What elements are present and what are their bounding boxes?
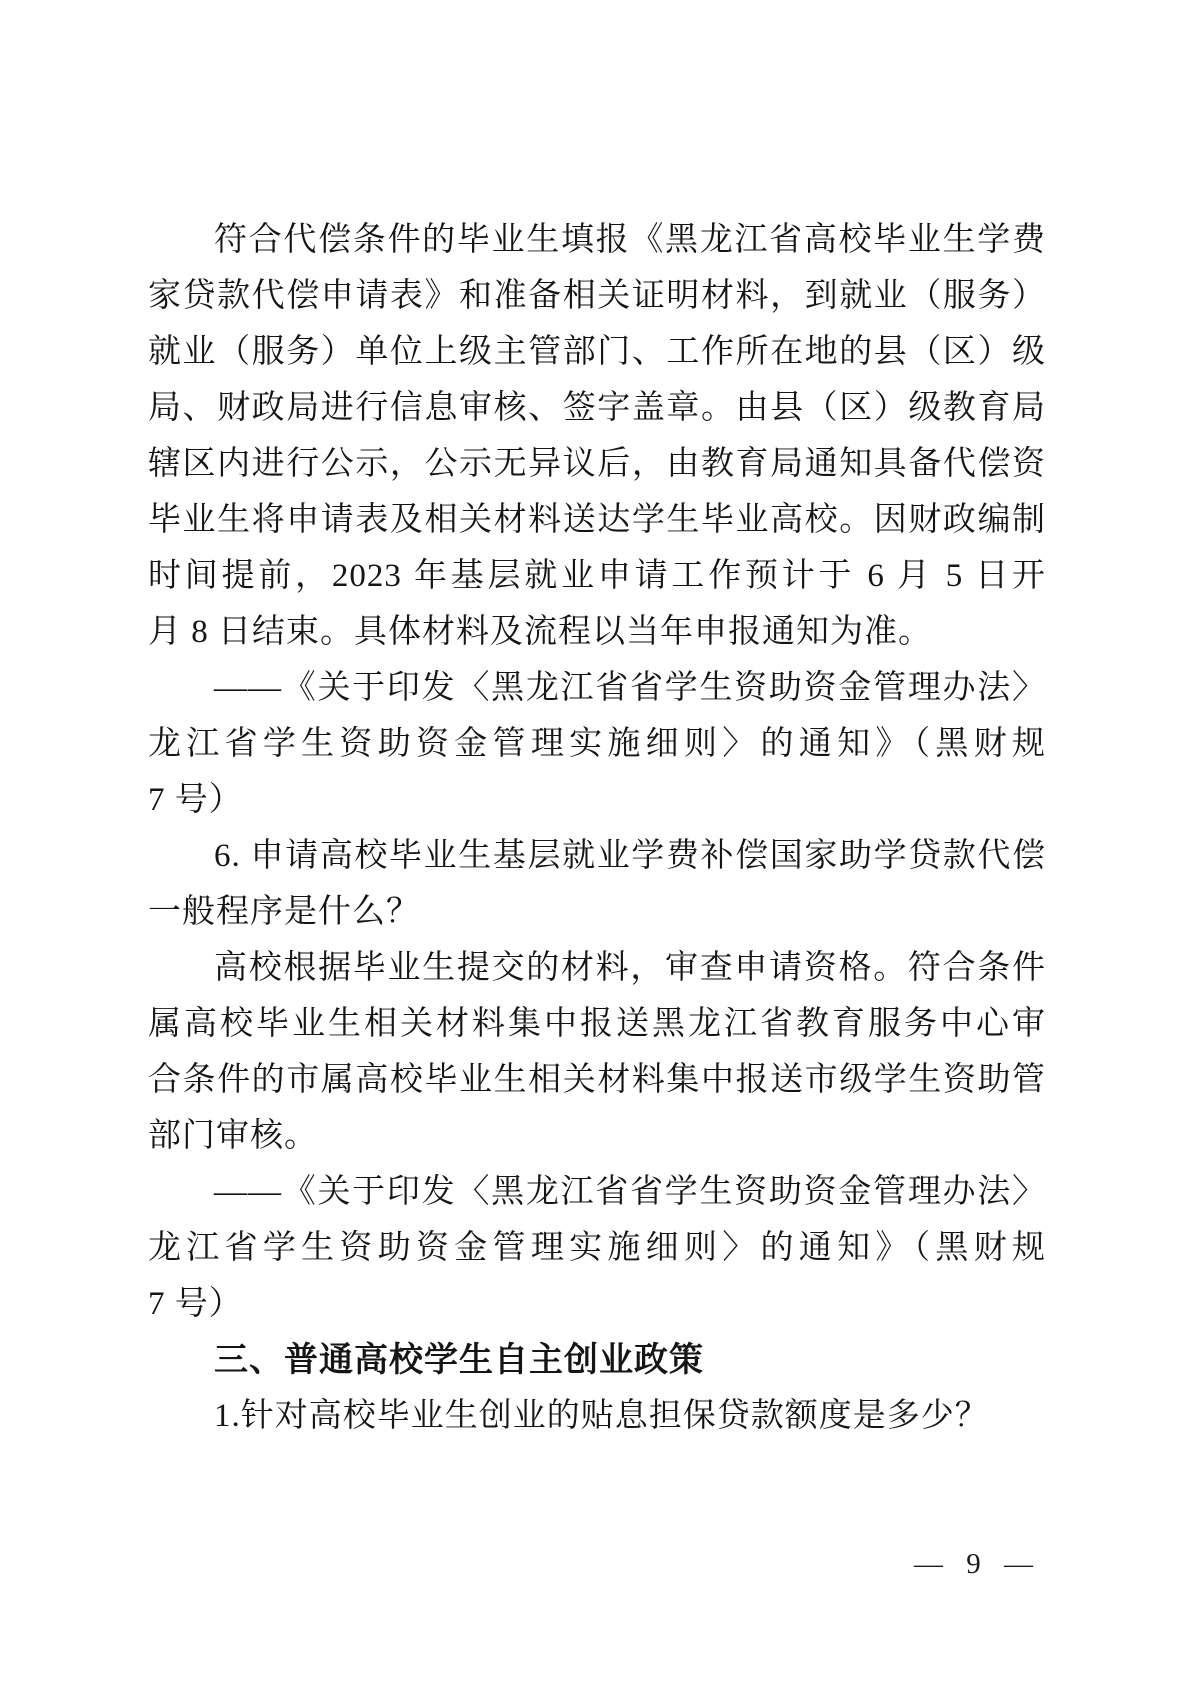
document-page: 符合代偿条件的毕业生填报《黑龙江省高校毕业生学费和国 家贷款代偿申请表》和准备相…	[0, 0, 1190, 1683]
text-line: 属高校毕业生相关材料集中报送黑龙江省教育服务中心审核；符	[148, 996, 1046, 1052]
text-line: 高校根据毕业生提交的材料，审查申请资格。符合条件的省	[148, 940, 1046, 996]
document-body: 符合代偿条件的毕业生填报《黑龙江省高校毕业生学费和国 家贷款代偿申请表》和准备相…	[148, 212, 1046, 1444]
paragraph-citation: ——《关于印发〈黑龙江省省学生资助资金管理办法〉和〈黑 龙江省学生资助资金管理实…	[148, 660, 1046, 828]
text-line: 1.针对高校毕业生创业的贴息担保贷款额度是多少？	[148, 1388, 1046, 1444]
text-line: 龙江省学生资助资金管理实施细则〉的通知》（黑财规〔2023〕	[148, 1220, 1046, 1276]
text-line: 龙江省学生资助资金管理实施细则〉的通知》（黑财规〔2023〕	[148, 716, 1046, 772]
text-line: 一般程序是什么？	[148, 884, 1046, 940]
text-line: 7 号）	[148, 1276, 1046, 1332]
text-line: 7 号）	[148, 772, 1046, 828]
page-number: — 9 —	[902, 1548, 1047, 1581]
text-line: 家贷款代偿申请表》和准备相关证明材料，到就业（服务）单位、	[148, 268, 1046, 324]
paragraph-question: 1.针对高校毕业生创业的贴息担保贷款额度是多少？	[148, 1388, 1046, 1444]
text-line: 辖区内进行公示，公示无异议后，由教育局通知具备代偿资格的	[148, 436, 1046, 492]
text-line: 时间提前，2023 年基层就业申请工作预计于 6 月 5 日开始，9	[148, 548, 1046, 604]
text-line: 就业（服务）单位上级主管部门、工作所在地的县（区）级教育	[148, 324, 1046, 380]
text-line: 毕业生将申请表及相关材料送达学生毕业高校。因财政编制预算	[148, 492, 1046, 548]
text-line: ——《关于印发〈黑龙江省省学生资助资金管理办法〉和〈黑	[148, 1164, 1046, 1220]
section: 三、普通高校学生自主创业政策	[148, 1332, 1046, 1388]
text-line: 符合代偿条件的毕业生填报《黑龙江省高校毕业生学费和国	[148, 212, 1046, 268]
text-line: 月 8 日结束。具体材料及流程以当年申报通知为准。	[148, 604, 1046, 660]
text-line: 合条件的市属高校毕业生相关材料集中报送市级学生资助管理	[148, 1052, 1046, 1108]
section-heading: 三、普通高校学生自主创业政策	[148, 1332, 1046, 1388]
paragraph-question: 6. 申请高校毕业生基层就业学费补偿国家助学贷款代偿的 一般程序是什么？	[148, 828, 1046, 940]
paragraph-answer: 高校根据毕业生提交的材料，审查申请资格。符合条件的省 属高校毕业生相关材料集中报…	[148, 940, 1046, 1164]
paragraph: 符合代偿条件的毕业生填报《黑龙江省高校毕业生学费和国 家贷款代偿申请表》和准备相…	[148, 212, 1046, 660]
text-line: 6. 申请高校毕业生基层就业学费补偿国家助学贷款代偿的	[148, 828, 1046, 884]
paragraph-citation: ——《关于印发〈黑龙江省省学生资助资金管理办法〉和〈黑 龙江省学生资助资金管理实…	[148, 1164, 1046, 1332]
text-line: 局、财政局进行信息审核、签字盖章。由县（区）级教育局在本	[148, 380, 1046, 436]
text-line: ——《关于印发〈黑龙江省省学生资助资金管理办法〉和〈黑	[148, 660, 1046, 716]
text-line: 部门审核。	[148, 1108, 1046, 1164]
